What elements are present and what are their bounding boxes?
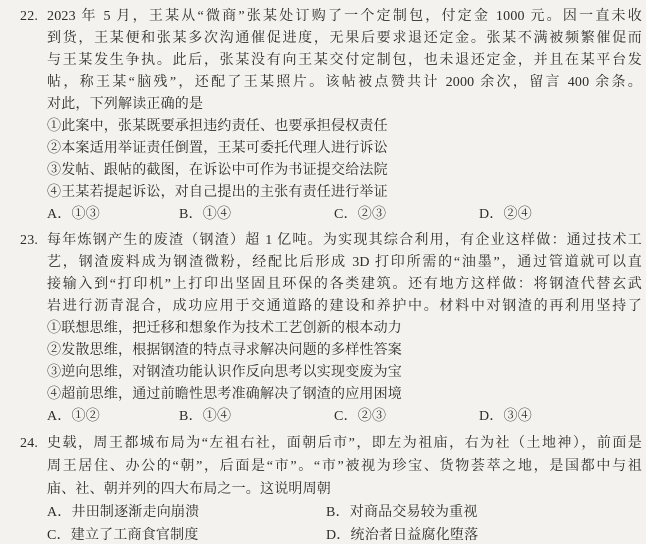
- statement-item: ②本案适用举证责任倒置，王某可委托代理人进行诉讼: [47, 138, 642, 160]
- options-row: A．井田制逐渐走向崩溃 B．对商品交易较为重视: [47, 501, 642, 524]
- statement-item: ④超前思维，通过前瞻性思考准确解决了钢渣的应用困境: [47, 384, 642, 406]
- question-22-body: 2023 年 5 月，王某从“微商”张某处订购了一个定制包，付定金 1000 元…: [47, 6, 644, 226]
- stem-line: 每年炼钢产生的废渣（钢渣）超 1 亿吨。为实现其综合利用，有企业这样做：通过技术…: [47, 230, 642, 252]
- question-24-body: 史载，周王都城布局为“左祖右社，面朝后市”，即左为祖庙，右为社（土地神），前面是…: [47, 432, 644, 544]
- exam-paper-page: 22. 2023 年 5 月，王某从“微商”张某处订购了一个定制包，付定金 10…: [0, 0, 646, 544]
- option-c: C．②③: [334, 204, 479, 226]
- statement-item: ③逆向思维，对钢渣功能认识作反向思考以实现变废为宝: [47, 362, 642, 384]
- stem-line: 接输入到“打印机”上打印出坚固且环保的各类建筑。还有地方这样做：将钢渣代替玄武: [47, 274, 642, 296]
- stem-line: 艺，钢渣废料成为钢渣微粉，经配比后形成 3D 打印所需的“油墨”，通过管道就可以…: [47, 252, 642, 274]
- option-c: C．建立了工商食官制度: [47, 524, 326, 544]
- statement-item: ①此案中，张某既要承担违约责任、也要承担侵权责任: [47, 116, 642, 138]
- question-23: 23. 每年炼钢产生的废渣（钢渣）超 1 亿吨。为实现其综合利用，有企业这样做：…: [0, 230, 644, 428]
- statement-item: ③发帖、跟帖的截图，在诉讼中可作为书证提交给法院: [47, 160, 642, 182]
- stem-line: 庙、社、朝并列的四大布局之一。这说明周朝: [47, 478, 642, 501]
- question-23-body: 每年炼钢产生的废渣（钢渣）超 1 亿吨。为实现其综合利用，有企业这样做：通过技术…: [47, 230, 644, 428]
- question-23-number: 23.: [0, 230, 47, 252]
- options-row: A．①③ B．①④ C．②③ D．②④: [47, 204, 642, 226]
- option-d: D．②④: [479, 204, 532, 226]
- option-a: A．①③: [47, 204, 179, 226]
- question-22: 22. 2023 年 5 月，王某从“微商”张某处订购了一个定制包，付定金 10…: [0, 6, 644, 226]
- stem-line: 与王某发生争执。此后，张某没有向王某交付定制包，也未退还定金，并且在某平台发: [47, 50, 642, 72]
- question-24: 24. 史载，周王都城布局为“左祖右社，面朝后市”，即左为祖庙，右为社（土地神）…: [0, 432, 644, 544]
- stem-line: 到货，王某便和张某多次沟通催促进度，无果后要求退还定金。张某不满被频繁催促而: [47, 28, 642, 50]
- option-a: A．①②: [47, 406, 179, 428]
- question-22-number: 22.: [0, 6, 47, 28]
- question-24-number: 24.: [0, 432, 47, 455]
- option-c: C．②③: [334, 406, 479, 428]
- stem-line: 史载，周王都城布局为“左祖右社，面朝后市”，即左为祖庙，右为社（土地神），前面是: [47, 432, 642, 455]
- option-b: B．①④: [179, 406, 334, 428]
- stem-line: 对此，下列解读正确的是: [47, 94, 642, 116]
- option-b: B．①④: [179, 204, 334, 226]
- statement-item: ②发散思维，根据钢渣的特点寻求解决问题的多样性答案: [47, 340, 642, 362]
- option-a: A．井田制逐渐走向崩溃: [47, 501, 326, 524]
- statement-item: ①联想思维，把迁移和想象作为技术工艺创新的根本动力: [47, 318, 642, 340]
- stem-line: 2023 年 5 月，王某从“微商”张某处订购了一个定制包，付定金 1000 元…: [47, 6, 642, 28]
- stem-line: 岩进行沥青混合，成功应用于交通道路的建设和养护中。材料中对钢渣的再利用坚持了: [47, 296, 642, 318]
- option-d: D．统治者日益腐化堕落: [326, 524, 478, 544]
- statement-item: ④王某若提起诉讼，对自己提出的主张有责任进行举证: [47, 182, 642, 204]
- option-d: D．③④: [479, 406, 532, 428]
- option-b: B．对商品交易较为重视: [326, 501, 478, 524]
- stem-line: 周王居住、办公的“朝”，后面是“市”。“市”被视为珍宝、货物荟萃之地，是国都中与…: [47, 455, 642, 478]
- options-row: A．①② B．①④ C．②③ D．③④: [47, 406, 642, 428]
- options-row: C．建立了工商食官制度 D．统治者日益腐化堕落: [47, 524, 642, 544]
- stem-line: 帖，称王某“脑残”，还配了王某照片。该帖被点赞共计 2000 余次，留言 400…: [47, 72, 642, 94]
